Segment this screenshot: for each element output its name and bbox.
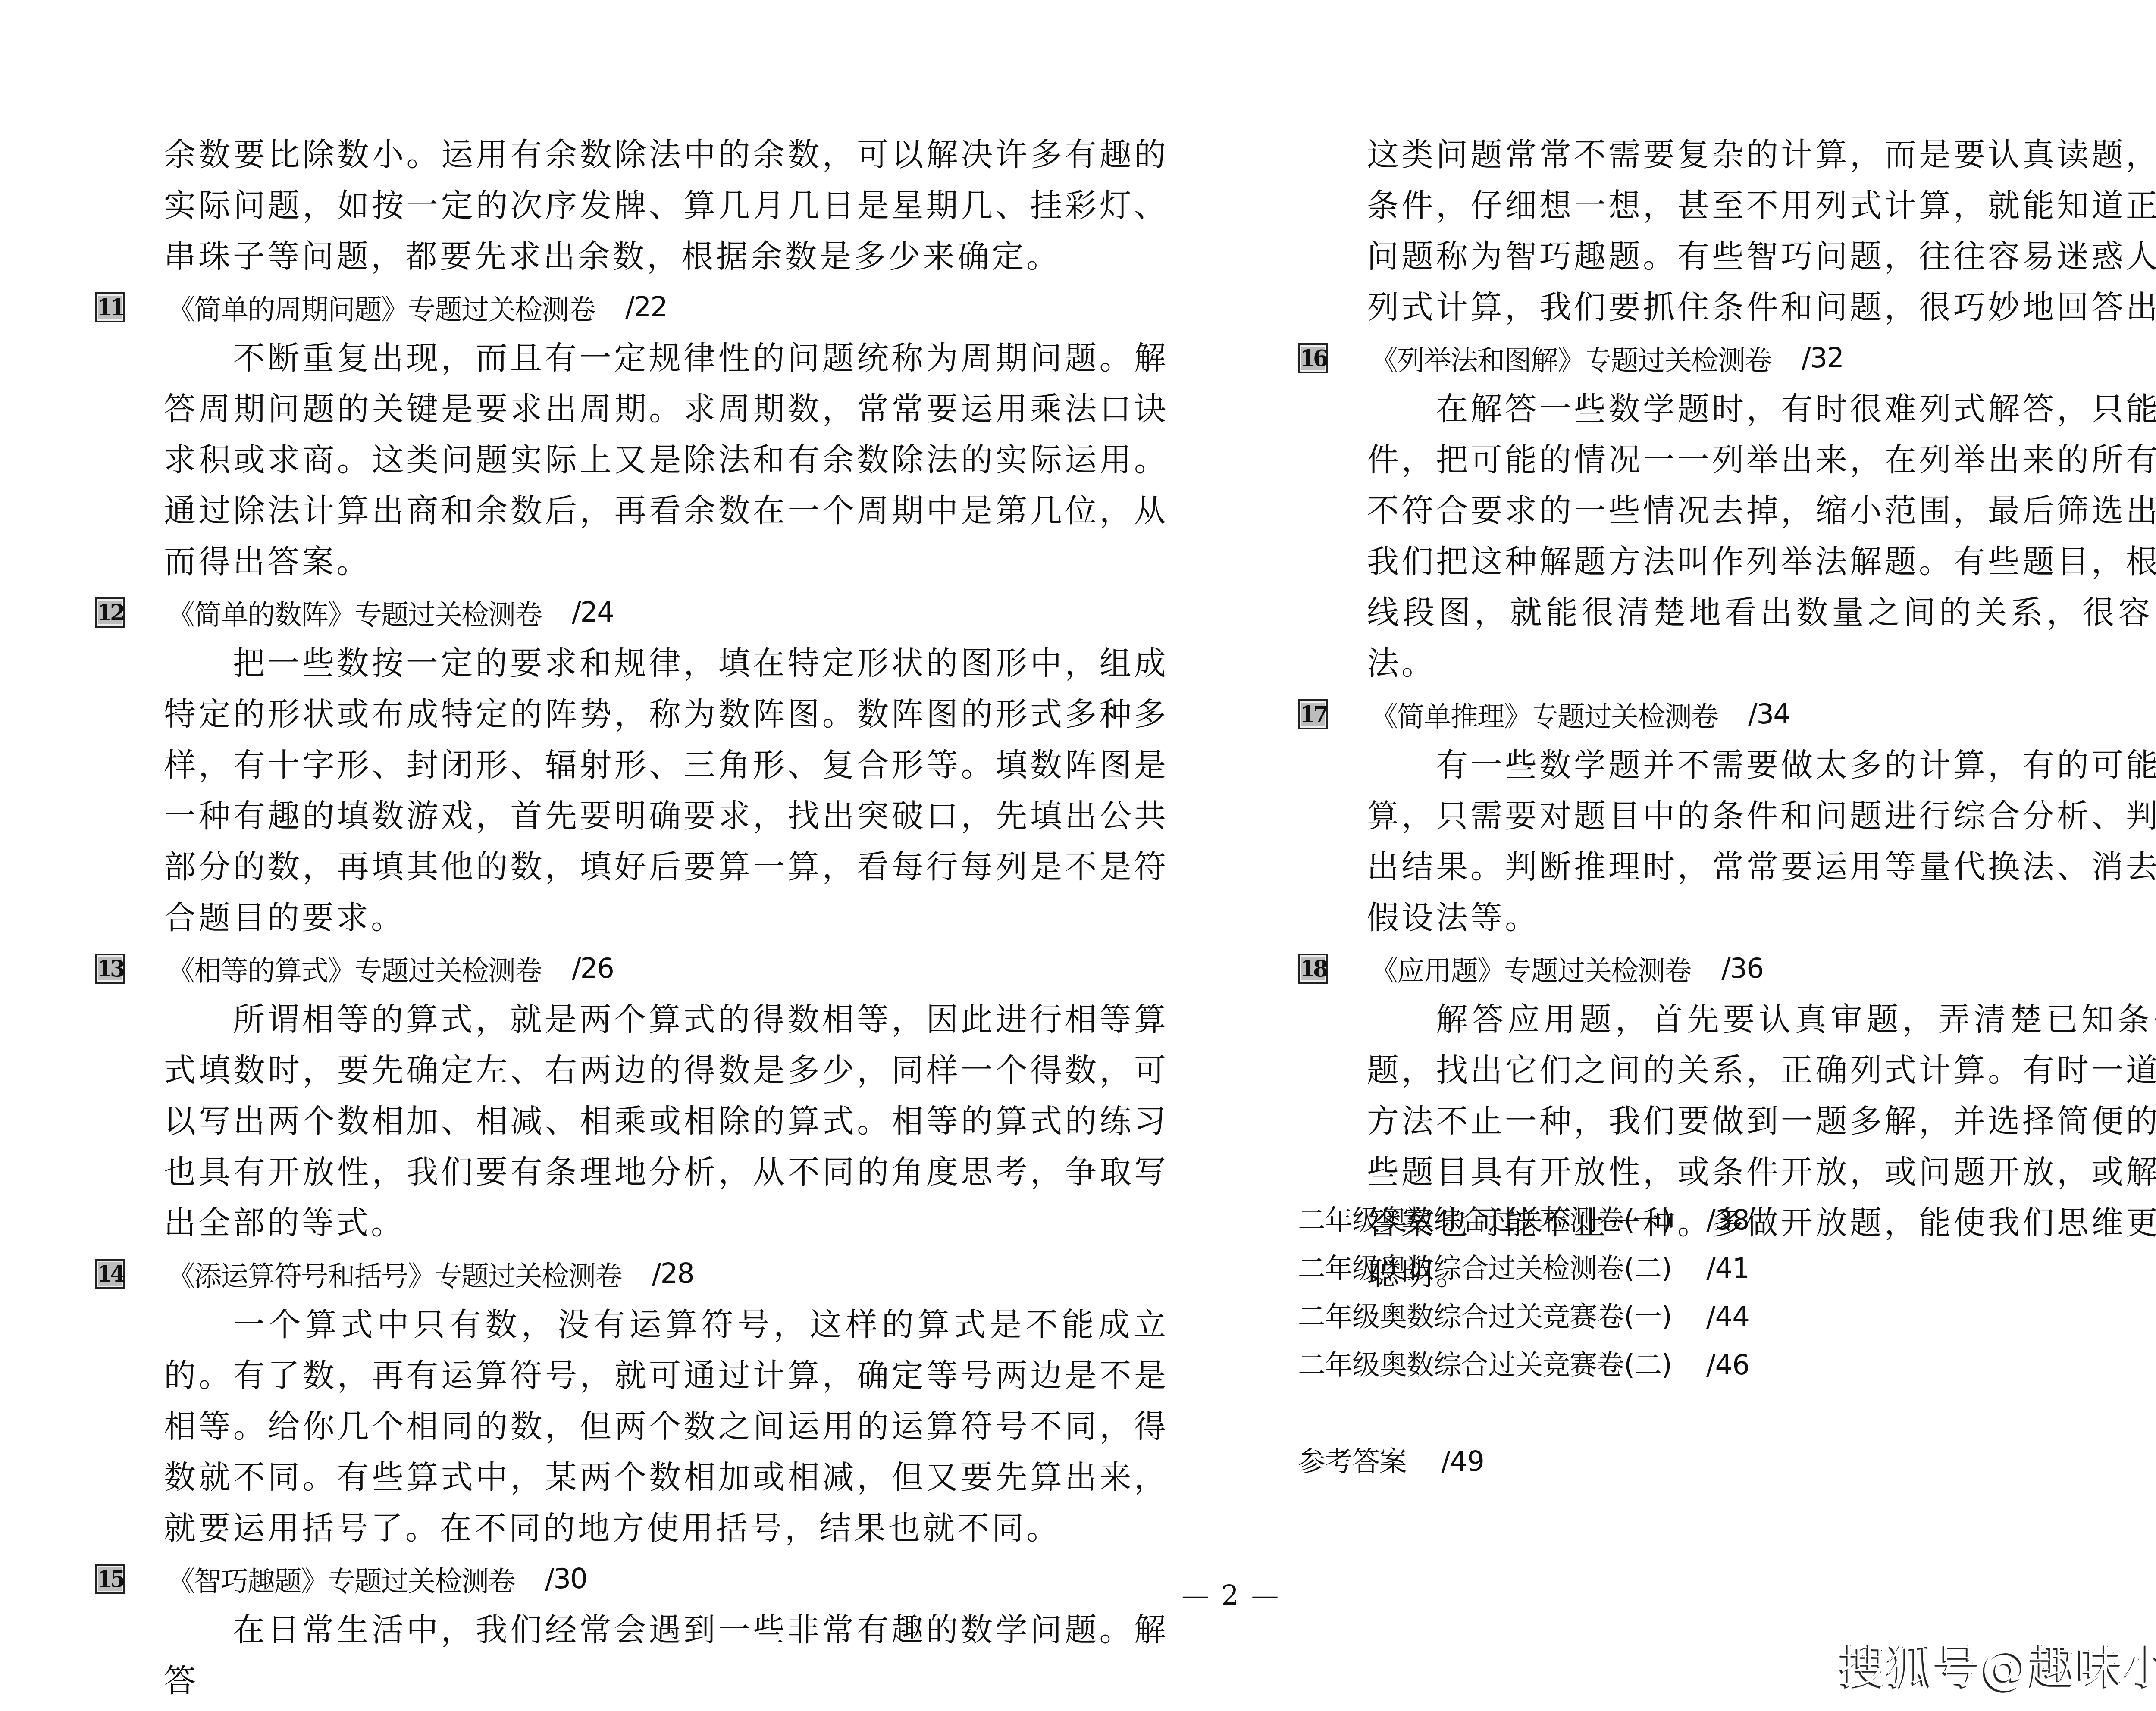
section-body: 在日常生活中，我们经常会遇到一些非常有趣的数学问题。解答 [95,1605,1169,1706]
section-heading[interactable]: 12 《简单的数阵》专题过关检测卷 /24 [95,587,1169,638]
page-ref: /49 [1441,1438,1484,1486]
section-body: 所谓相等的算式，就是两个算式的得数相等，因此进行相等算式填数时，要先确定左、右两… [95,994,1169,1248]
page-ref: /38 [1706,1196,1749,1245]
page-ref: /26 [572,953,614,985]
toc-entry-contest-1[interactable]: 二年级奥数综合过关竞赛卷(一) /44 [1298,1293,1749,1341]
toc-section-12: 12 《简单的数阵》专题过关检测卷 /24 把一些数按一定的要求和规律，填在特定… [95,587,1169,943]
toc-section-16: 16 《列举法和图解》专题过关检测卷 /32 在解答一些数学题时，有时很难列式解… [1298,333,2156,689]
page-ref: /46 [1706,1341,1749,1389]
section-body: 在解答一些数学题时，有时很难列式解答，只能根据题目的条件，把可能的情况一一列举出… [1298,384,2156,689]
section-body: 把一些数按一定的要求和规律，填在特定形状的图形中，组成特定的形状或布成特定的阵势… [95,638,1169,943]
section-title: 《列举法和图解》专题过关检测卷 [1370,338,1771,378]
entry-title: 参考答案 [1298,1438,1407,1486]
toc-section-17: 17 《简单推理》专题过关检测卷 /34 有一些数学题并不需要做太多的计算，有的… [1298,689,2156,943]
section-title: 《简单的周期问题》专题过关检测卷 [167,288,595,327]
page-ref: /30 [545,1563,587,1595]
section-title: 《简单的数阵》专题过关检测卷 [167,593,542,632]
page-ref: /41 [1706,1245,1749,1293]
toc-section-11: 11 《简单的周期问题》专题过关检测卷 /22 不断重复出现，而且有一定规律性的… [95,282,1169,587]
section-number-badge: 18 [1298,954,1328,984]
toc-section-13: 13 《相等的算式》专题过关检测卷 /26 所谓相等的算式，就是两个算式的得数相… [95,943,1169,1248]
toc-section-14: 14 《添运算符号和括号》专题过关检测卷 /28 一个算式中只有数，没有运算符号… [95,1248,1169,1554]
section-number-badge: 15 [95,1564,125,1594]
section-body: 有一些数学题并不需要做太多的计算，有的可能根本不需要计算，只需要对题目中的条件和… [1298,740,2156,943]
section-heading[interactable]: 16 《列举法和图解》专题过关检测卷 /32 [1298,333,2156,384]
page-ref: /44 [1706,1293,1749,1341]
section-title: 《智巧趣题》专题过关检测卷 [167,1559,515,1599]
section-title: 《应用题》专题过关检测卷 [1370,949,1691,988]
toc-entry-contest-2[interactable]: 二年级奥数综合过关竞赛卷(二) /46 [1298,1341,1749,1389]
page-ref: /32 [1802,342,1843,374]
section-number-badge: 11 [95,292,125,322]
section-title: 《简单推理》专题过关检测卷 [1370,694,1718,734]
page-ref: /22 [625,291,667,323]
section-number-badge: 14 [95,1259,125,1289]
section-heading[interactable]: 11 《简单的周期问题》专题过关检测卷 /22 [95,282,1169,333]
entry-title: 二年级奥数综合过关竞赛卷(二) [1298,1341,1672,1389]
entry-title: 二年级奥数综合过关竞赛卷(一) [1298,1293,1672,1341]
intro-paragraph: 余数要比除数小。运用有余数除法中的余数，可以解决许多有趣的实际问题，如按一定的次… [95,129,1169,282]
section-heading[interactable]: 14 《添运算符号和括号》专题过关检测卷 /28 [95,1248,1169,1299]
watermark: 搜狐号@趣味小学百宝库 [1839,1630,2156,1696]
page-ref: /36 [1721,953,1763,985]
section-heading[interactable]: 18 《应用题》专题过关检测卷 /36 [1298,943,2156,994]
comprehensive-tests-list: 二年级奥数综合过关检测卷(一) /38 二年级奥数综合过关检测卷(二) /41 … [1298,1196,1749,1389]
entry-title: 二年级奥数综合过关检测卷(一) [1298,1196,1672,1245]
page-number: — 2 — [1181,1580,1280,1612]
section-number-badge: 17 [1298,699,1328,729]
section-title: 《添运算符号和括号》专题过关检测卷 [167,1254,622,1294]
toc-entry-test-1[interactable]: 二年级奥数综合过关检测卷(一) /38 [1298,1196,1749,1245]
section-body: 不断重复出现，而且有一定规律性的问题统称为周期问题。解答周期问题的关键是要求出周… [95,333,1169,587]
toc-section-15: 15 《智巧趣题》专题过关检测卷 /30 在日常生活中，我们经常会遇到一些非常有… [95,1554,1169,1706]
toc-entry-test-2[interactable]: 二年级奥数综合过关检测卷(二) /41 [1298,1245,1749,1293]
left-column: 余数要比除数小。运用有余数除法中的余数，可以解决许多有趣的实际问题，如按一定的次… [95,129,1169,1706]
page-ref: /34 [1748,698,1790,730]
section-number-badge: 16 [1298,343,1328,373]
toc-entry-answers[interactable]: 参考答案 /49 [1298,1438,1484,1486]
section-heading[interactable]: 13 《相等的算式》专题过关检测卷 /26 [95,943,1169,994]
section-heading[interactable]: 17 《简单推理》专题过关检测卷 /34 [1298,689,2156,740]
section-heading[interactable]: 15 《智巧趣题》专题过关检测卷 /30 [95,1554,1169,1605]
section-title: 《相等的算式》专题过关检测卷 [167,949,542,988]
section-number-badge: 13 [95,954,125,984]
intro-paragraph: 这类问题常常不需要复杂的计算，而是要认真读题，理解题目中的条件，仔细想一想，甚至… [1298,129,2156,333]
right-column: 这类问题常常不需要复杂的计算，而是要认真读题，理解题目中的条件，仔细想一想，甚至… [1298,129,2156,1299]
page-ref: /24 [572,597,614,629]
section-number-badge: 12 [95,597,125,628]
entry-title: 二年级奥数综合过关检测卷(二) [1298,1245,1672,1293]
section-body: 一个算式中只有数，没有运算符号，这样的算式是不能成立的。有了数，再有运算符号，就… [95,1299,1169,1554]
page-ref: /28 [652,1258,694,1290]
